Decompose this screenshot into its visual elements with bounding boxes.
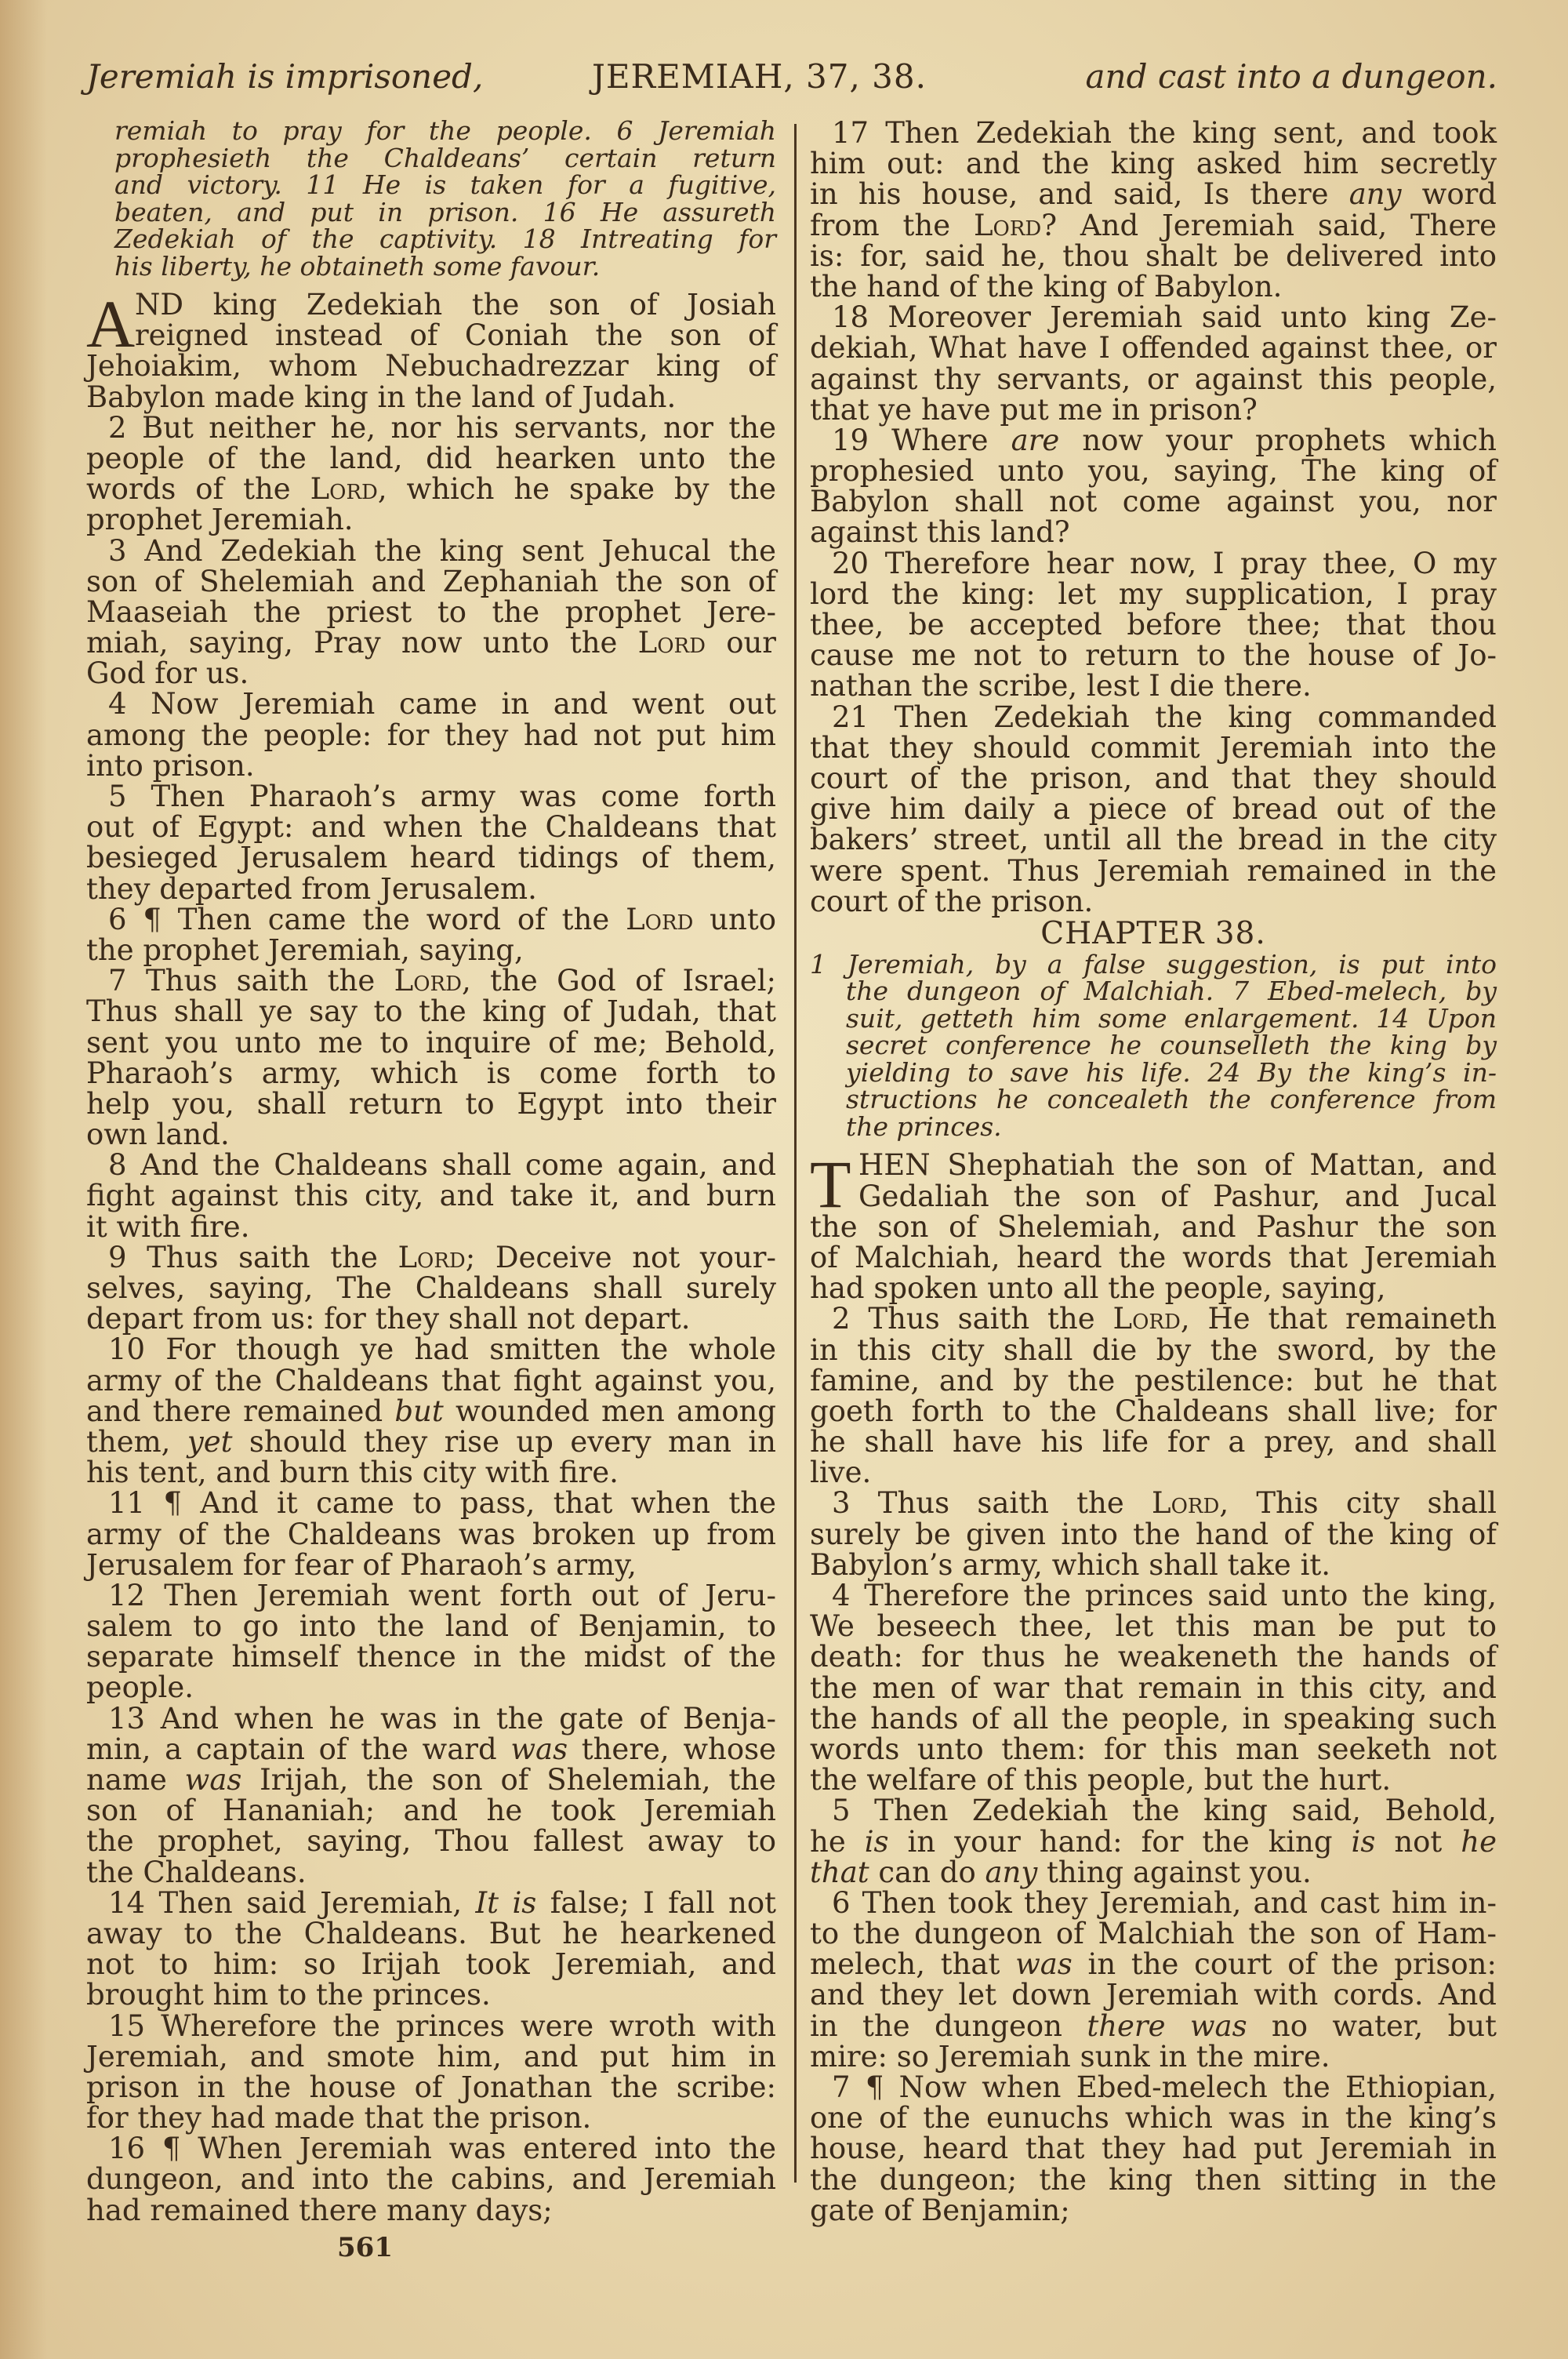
text-line: 5 Then Pharaoh’s army was come forth <box>86 781 776 812</box>
text-line: the hands of all the people, in speaking… <box>810 1703 1497 1734</box>
text-line: prison in the house of Jonathan the scri… <box>86 2072 776 2103</box>
text-line: depart from us: for they shall not depar… <box>86 1303 776 1334</box>
text-line: out of Egypt: and when the Chaldeans tha… <box>86 812 776 842</box>
text-line: brought him to the princes. <box>86 1979 776 2010</box>
text-line: one of the eunuchs which was in the king… <box>810 2103 1497 2133</box>
text-line: fight against this city, and take it, an… <box>86 1180 776 1211</box>
text-line: 2 But neither he, nor his servants, nor … <box>86 413 776 443</box>
text-line: in his house, and said, Is there any wor… <box>810 179 1497 209</box>
text-line: that they should commit Jeremiah into th… <box>810 732 1497 763</box>
drop-cap: A <box>86 293 135 355</box>
text-line: of Malchiah, heard the words that Jeremi… <box>810 1242 1497 1273</box>
page-number: 561 <box>337 2232 393 2263</box>
text-line: 14 Then said Jeremiah, It is false; I fa… <box>86 1888 776 1918</box>
text-line: nathan the scribe, lest I die there. <box>810 671 1497 701</box>
text-line: the dungeon; the king then sitting in th… <box>810 2165 1497 2195</box>
text-line: son of Hananiah; and he took Jeremiah <box>86 1795 776 1826</box>
text-line: 9 Thus saith the Lord; Deceive not your- <box>86 1242 776 1273</box>
text-line: court of the prison. <box>810 886 1497 917</box>
text-line: help you, shall return to Egypt into the… <box>86 1089 776 1119</box>
text-line: 20 Therefore hear now, I pray thee, O my <box>810 548 1497 579</box>
text-line: house, heard that they had put Jeremiah … <box>810 2133 1497 2164</box>
summary-line: prophesieth the Chaldeans’ certain retur… <box>114 145 776 173</box>
text-line: his tent, and burn this city with fire. <box>86 1457 776 1488</box>
text-line: people. <box>86 1672 776 1703</box>
text-line: words of the Lord, which he spake by the <box>86 474 776 504</box>
text-line: 7 Thus saith the Lord, the God of Israel… <box>86 965 776 996</box>
text-line: the welfare of this people, but the hurt… <box>810 1765 1497 1795</box>
text-line: 15 Wherefore the princes were wroth with <box>86 2011 776 2041</box>
text-line: Babylon’s army, which shall take it. <box>810 1550 1497 1580</box>
text-line: words unto them: for this man seeketh no… <box>810 1734 1497 1765</box>
text-line: Babylon made king in the land of Judah. <box>86 382 776 413</box>
summary-line: his liberty, he obtaineth some favour. <box>114 253 776 281</box>
verse-lines-chapter-37: 17 Then Zedekiah the king sent, and took… <box>810 118 1497 917</box>
text-line: salem to go into the land of Benjamin, t… <box>86 1611 776 1641</box>
text-line: Jeremiah, and smote him, and put him in <box>86 2041 776 2072</box>
summary-line: secret conference he counselleth the kin… <box>810 1032 1497 1060</box>
text-line: HEN Shephatiah the son of Mattan, and <box>810 1150 1497 1180</box>
column-rule <box>794 124 797 2183</box>
verse-block: T HEN Shephatiah the son of Mattan, andG… <box>810 1150 1497 2226</box>
summary-line: the dungeon of Malchiah. 7 Ebed-melech, … <box>810 978 1497 1005</box>
text-line: army of the Chaldeans was broken up from <box>86 1519 776 1550</box>
text-line: had remained there many days; <box>86 2195 776 2226</box>
text-line: to the dungeon of Malchiah the son of Ha… <box>810 1918 1497 1949</box>
summary-line: and victory. 11 He is taken for a fugiti… <box>114 172 776 199</box>
drop-cap: T <box>810 1153 851 1216</box>
text-line: Maaseiah the priest to the prophet Jere- <box>86 597 776 627</box>
text-line: bakers’ street, until all the bread in t… <box>810 824 1497 855</box>
text-line: 5 Then Zedekiah the king said, Behold, <box>810 1795 1497 1826</box>
text-line: give him daily a piece of bread out of t… <box>810 794 1497 824</box>
summary-line: 1 Jeremiah, by a false suggestion, is pu… <box>810 951 1497 979</box>
text-line: We beseech thee, let this man be put to <box>810 1611 1497 1641</box>
text-line: 18 Moreover Jeremiah said unto king Ze- <box>810 302 1497 333</box>
text-line: 8 And the Chaldeans shall come again, an… <box>86 1150 776 1180</box>
text-line: 19 Where are now your prophets which <box>810 425 1497 456</box>
chapter-heading: CHAPTER 38. <box>810 917 1497 951</box>
text-line: 6 Then took they Jeremiah, and cast him … <box>810 1888 1497 1918</box>
page-edge-shadow <box>0 0 47 2359</box>
running-header: Jeremiah is imprisoned, JEREMIAH, 37, 38… <box>86 53 1497 100</box>
text-line: 3 Thus saith the Lord, This city shall <box>810 1488 1497 1518</box>
summary-line: the princes. <box>810 1114 1497 1141</box>
text-line: into prison. <box>86 751 776 781</box>
text-line: own land. <box>86 1119 776 1150</box>
text-line: separate himself thence in the midst of … <box>86 1641 776 1672</box>
text-line: Pharaoh’s army, which is come forth to <box>86 1058 776 1089</box>
summary-line: suit, getteth him some enlargement. 14 U… <box>810 1005 1497 1033</box>
text-line: 11 ¶ And it came to pass, that when the <box>86 1488 776 1518</box>
text-line: against thy servants, or against this pe… <box>810 364 1497 394</box>
text-line: 16 ¶ When Jeremiah was entered into the <box>86 2133 776 2164</box>
text-line: Jehoiakim, whom Nebuchadrezzar king of <box>86 351 776 381</box>
text-line: dekiah, What have I offended against the… <box>810 333 1497 363</box>
text-line: 2 Thus saith the Lord, He that remaineth <box>810 1303 1497 1334</box>
text-line: besieged Jerusalem heard tidings of them… <box>86 842 776 873</box>
text-line: miah, saying, Pray now unto the Lord our <box>86 627 776 658</box>
text-line: him out: and the king asked him secretly <box>810 148 1497 179</box>
text-line: for they had made that the prison. <box>86 2103 776 2133</box>
text-line: people of the land, did hearken unto the <box>86 443 776 474</box>
text-line: sent you unto me to inquire of me; Behol… <box>86 1027 776 1058</box>
text-line: prophesied unto you, saying, The king of <box>810 456 1497 486</box>
text-line: the hand of the king of Babylon. <box>810 271 1497 302</box>
summary-line: beaten, and put in prison. 16 He assuret… <box>114 199 776 227</box>
text-line: them, yet should they rise up every man … <box>86 1427 776 1457</box>
text-line: that can do any thing against you. <box>810 1857 1497 1888</box>
header-left-caption: Jeremiah is imprisoned, <box>86 53 483 100</box>
text-line: that ye have put me in prison? <box>810 394 1497 425</box>
text-line: Thus shall ye say to the king of Judah, … <box>86 996 776 1027</box>
text-line: surely be given into the hand of the kin… <box>810 1519 1497 1550</box>
text-line: selves, saying, The Chaldeans shall sure… <box>86 1273 776 1303</box>
text-line: not to him: so Irijah took Jeremiah, and <box>86 1949 776 1979</box>
text-line: the son of Shelemiah, and Pashur the son <box>810 1212 1497 1242</box>
text-line: reigned instead of Coniah the son of <box>86 320 776 351</box>
header-right-caption: and cast into a dungeon. <box>1086 53 1497 100</box>
summary-line: Zedekiah of the captivity. 18 Intreating… <box>114 226 776 253</box>
text-line: gate of Benjamin; <box>810 2195 1497 2226</box>
text-line: they departed from Jerusalem. <box>86 874 776 904</box>
text-line: 17 Then Zedekiah the king sent, and took <box>810 118 1497 148</box>
text-line: prophet Jeremiah. <box>86 504 776 535</box>
text-line: lord the king: let my supplication, I pr… <box>810 579 1497 609</box>
text-line: 4 Therefore the princes said unto the ki… <box>810 1580 1497 1611</box>
text-line: 10 For though ye had smitten the whole <box>86 1334 776 1365</box>
chapter-37-summary: remiah to pray for the people. 6 Jeremia… <box>86 118 776 280</box>
text-line: in the dungeon there was no water, but <box>810 2011 1497 2041</box>
text-line: death: for thus he weakeneth the hands o… <box>810 1641 1497 1672</box>
text-line: 21 Then Zedekiah the king commanded <box>810 702 1497 732</box>
text-line: he shall have his life for a prey, and s… <box>810 1427 1497 1457</box>
text-line: among the people: for they had not put h… <box>86 720 776 751</box>
text-line: 3 And Zedekiah the king sent Jehucal the <box>86 536 776 566</box>
text-line: Jerusalem for fear of Pharaoh’s army, <box>86 1550 776 1580</box>
text-line: thee, be accepted before thee; that thou <box>810 609 1497 640</box>
text-line: min, a captain of the ward was there, wh… <box>86 1734 776 1765</box>
text-line: the men of war that remain in this city,… <box>810 1673 1497 1703</box>
text-line: dungeon, and into the cabins, and Jeremi… <box>86 2164 776 2194</box>
text-line: the prophet, saying, Thou fallest away t… <box>86 1826 776 1856</box>
text-line: were spent. Thus Jeremiah remained in th… <box>810 856 1497 886</box>
text-line: 12 Then Jeremiah went forth out of Jeru- <box>86 1580 776 1611</box>
left-column: remiah to pray for the people. 6 Jeremia… <box>86 118 776 2226</box>
text-line: it with fire. <box>86 1212 776 1242</box>
text-line: live. <box>810 1457 1497 1488</box>
text-line: he is in your hand: for the king is not … <box>810 1826 1497 1857</box>
text-line: 7 ¶ Now when Ebed-melech the Ethiopian, <box>810 2072 1497 2103</box>
text-line: and they let down Jeremiah with cords. A… <box>810 1979 1497 2010</box>
text-line: Gedaliah the son of Pashur, and Jucal <box>810 1181 1497 1212</box>
text-line: in this city shall die by the sword, by … <box>810 1335 1497 1365</box>
text-line: name was Irijah, the son of Shelemiah, t… <box>86 1765 776 1795</box>
text-line: is: for, said he, thou shalt be delivere… <box>810 241 1497 271</box>
text-line: mire: so Jeremiah sunk in the mire. <box>810 2041 1497 2072</box>
text-line: had spoken unto all the people, saying, <box>810 1273 1497 1303</box>
text-line: 13 And when he was in the gate of Benja- <box>86 1703 776 1734</box>
text-line: ND king Zedekiah the son of Josiah <box>86 289 776 320</box>
text-line: melech, that was in the court of the pri… <box>810 1949 1497 1979</box>
verse-lines: ND king Zedekiah the son of Josiahreigne… <box>86 289 776 2226</box>
text-line: the Chaldeans. <box>86 1857 776 1888</box>
text-line: God for us. <box>86 658 776 689</box>
text-line: cause me not to return to the house of J… <box>810 640 1497 671</box>
text-line: the prophet Jeremiah, saying, <box>86 935 776 965</box>
summary-line: yielding to save his life. 24 By the kin… <box>810 1060 1497 1087</box>
text-line: court of the prison, and that they shoul… <box>810 763 1497 794</box>
text-line: from the Lord? And Jeremiah said, There <box>810 210 1497 241</box>
text-line: army of the Chaldeans that fight against… <box>86 1365 776 1396</box>
summary-line: structions he concealeth the conference … <box>810 1086 1497 1114</box>
text-line: 6 ¶ Then came the word of the Lord unto <box>86 904 776 935</box>
text-line: and there remained but wounded men among <box>86 1396 776 1427</box>
text-line: famine, and by the pestilence: but he th… <box>810 1365 1497 1396</box>
text-line: goeth forth to the Chaldeans shall live;… <box>810 1396 1497 1427</box>
summary-line: remiah to pray for the people. 6 Jeremia… <box>114 118 776 145</box>
chapter-38-summary: 1 Jeremiah, by a false suggestion, is pu… <box>810 951 1497 1141</box>
text-line: away to the Chaldeans. But he hearkened <box>86 1918 776 1949</box>
right-column: 17 Then Zedekiah the king sent, and took… <box>810 118 1497 2226</box>
text-line: Babylon shall not come against you, nor <box>810 486 1497 517</box>
text-line: son of Shelemiah and Zephaniah the son o… <box>86 566 776 597</box>
header-book-chapter: JEREMIAH, 37, 38. <box>592 53 927 100</box>
text-line: 4 Now Jeremiah came in and went out <box>86 689 776 719</box>
verse-lines-chapter-38: HEN Shephatiah the son of Mattan, andGed… <box>810 1150 1497 2226</box>
verse-block: A ND king Zedekiah the son of Josiahreig… <box>86 289 776 2226</box>
text-line: against this land? <box>810 517 1497 547</box>
